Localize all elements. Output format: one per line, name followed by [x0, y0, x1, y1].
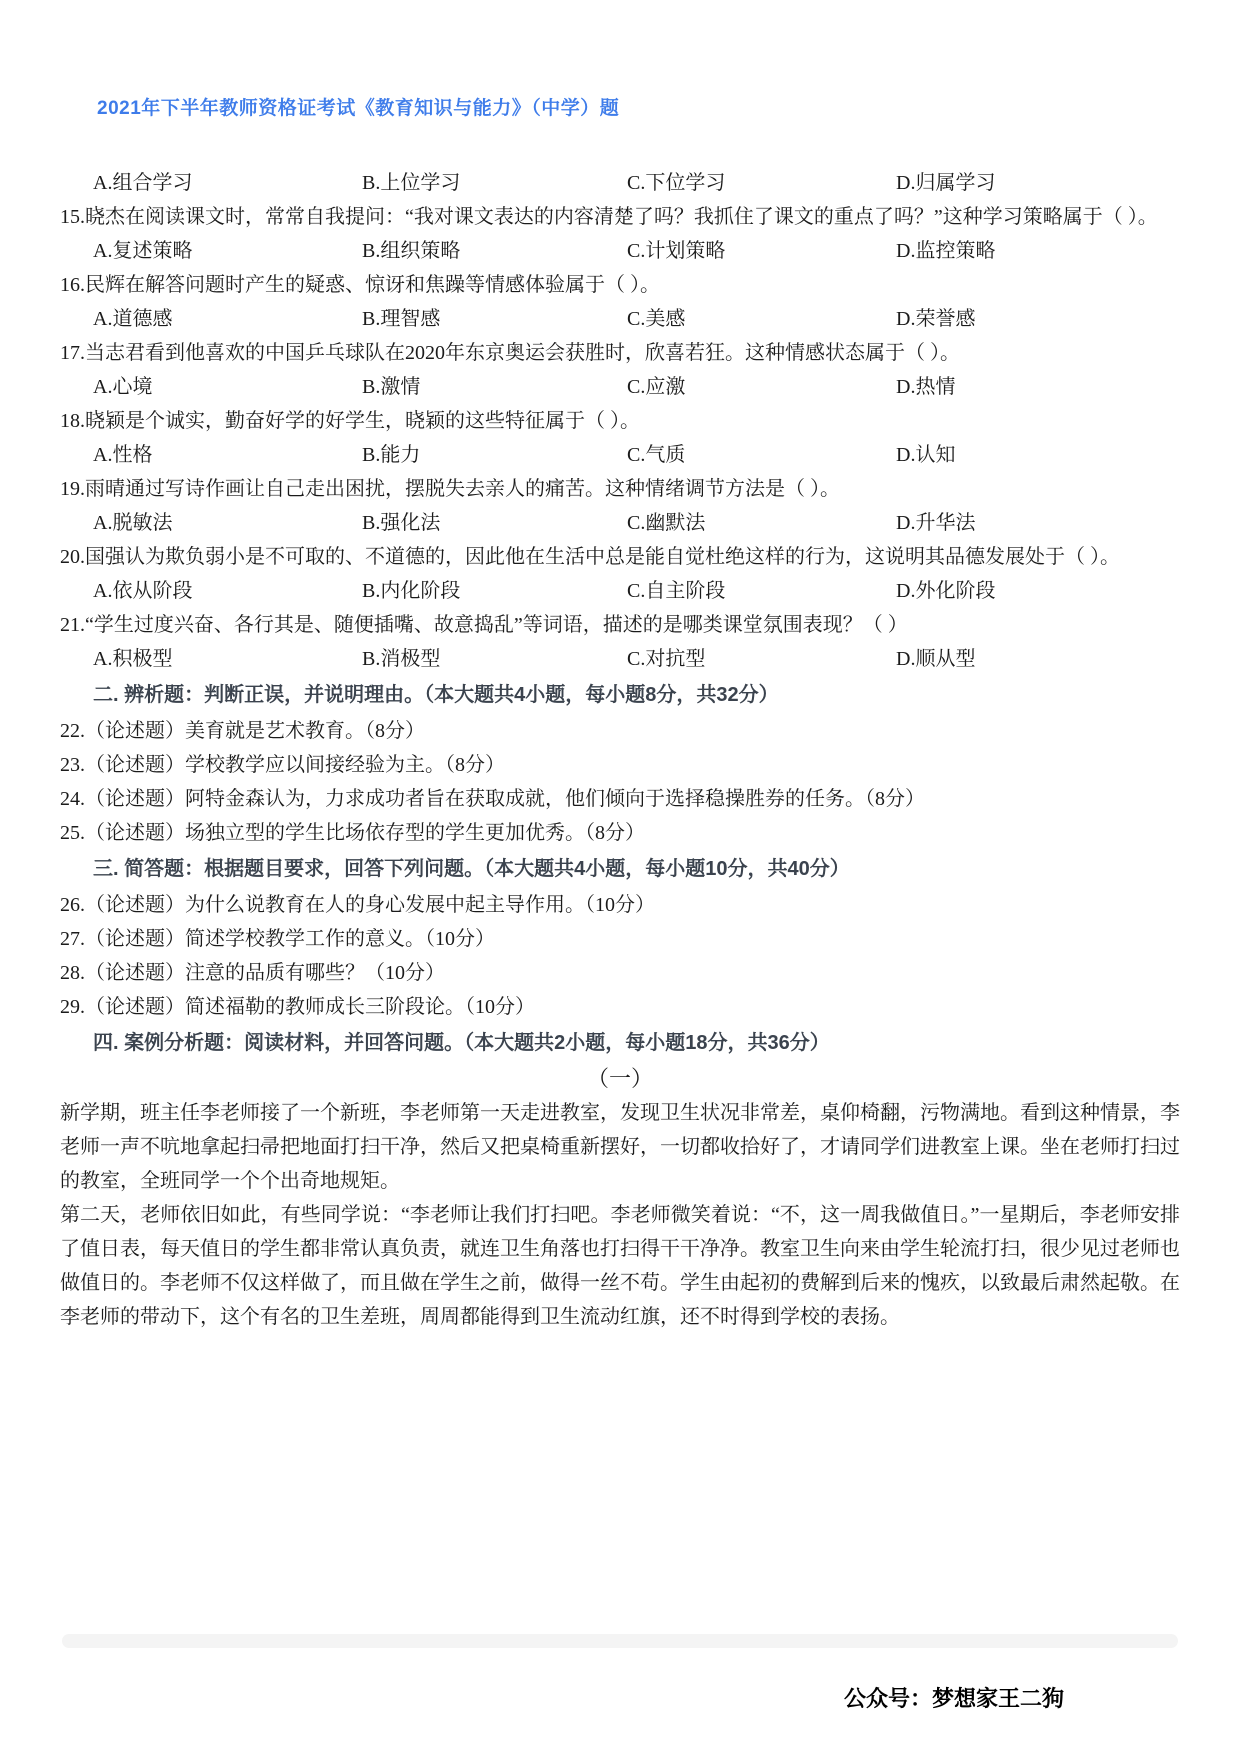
case-paragraph: 第二天，老师依旧如此，有些同学说：“李老师让我们打扫吧。李老师微笑着说：“不，这… [60, 1198, 1180, 1334]
question-number: 16. [60, 274, 85, 296]
option-item-a: A.性格 [93, 438, 362, 472]
option-item-b: B.激情 [362, 370, 627, 404]
option-item-c: C.美感 [627, 302, 896, 336]
exam-page: 2021年下半年教师资格证考试《教育知识与能力》（中学）题 A.组合学习B.上位… [0, 93, 1240, 1334]
question-text: 晓颖是个诚实，勤奋好学的好学生，晓颖的这些特征属于（ ）。 [85, 410, 640, 432]
question-number: 26. [60, 894, 85, 916]
option-item-c: C.幽默法 [627, 506, 896, 540]
question-24: 24.（论述题）阿特金森认为，力求成功者旨在获取成就，他们倾向于选择稳操胜券的任… [60, 782, 1180, 816]
question-18: 18.晓颖是个诚实，勤奋好学的好学生，晓颖的这些特征属于（ ）。 [60, 404, 1180, 438]
options-row: A.心境B.激情C.应激D.热情 [60, 370, 1180, 404]
options-row: A.复述策略B.组织策略C.计划策略D.监控策略 [60, 234, 1180, 268]
question-number: 23. [60, 754, 85, 776]
question-28: 28.（论述题）注意的品质有哪些？（10分） [60, 956, 1180, 990]
option-item-a: A.依从阶段 [93, 574, 362, 608]
option-item-c: C.应激 [627, 370, 896, 404]
option-item-a: A.道德感 [93, 302, 362, 336]
option-item-d: D.荣誉感 [896, 302, 1180, 336]
option-item-a: A.脱敏法 [93, 506, 362, 540]
question-number: 15. [60, 206, 85, 228]
option-item-c: C.对抗型 [627, 642, 896, 676]
question-20: 20.国强认为欺负弱小是不可取的、不道德的，因此他在生活中总是能自觉杜绝这样的行… [60, 540, 1180, 574]
footer-divider [62, 1634, 1178, 1648]
question-text: （论述题）场独立型的学生比场依存型的学生更加优秀。（8分） [85, 822, 645, 844]
options-row: A.脱敏法B.强化法C.幽默法D.升华法 [60, 506, 1180, 540]
question-number: 21. [60, 614, 85, 636]
option-item-c: C.气质 [627, 438, 896, 472]
question-22: 22.（论述题）美育就是艺术教育。（8分） [60, 714, 1180, 748]
section-heading: 三. 简答题：根据题目要求，回答下列问题。（本大题共4小题，每小题10分，共40… [60, 852, 1180, 886]
footer-brand: 公众号：梦想家王二狗 [844, 1682, 1064, 1713]
options-row: A.组合学习B.上位学习C.下位学习D.归属学习 [60, 166, 1180, 200]
options-row: A.性格B.能力C.气质D.认知 [60, 438, 1180, 472]
options-row: A.道德感B.理智感C.美感D.荣誉感 [60, 302, 1180, 336]
option-item-d: D.外化阶段 [896, 574, 1180, 608]
option-item-c: C.自主阶段 [627, 574, 896, 608]
question-number: 19. [60, 478, 85, 500]
question-text: 雨晴通过写诗作画让自己走出困扰，摆脱失去亲人的痛苦。这种情绪调节方法是（ ）。 [85, 478, 840, 500]
case-label: （一） [60, 1062, 1180, 1096]
question-number: 27. [60, 928, 85, 950]
question-27: 27.（论述题）简述学校教学工作的意义。（10分） [60, 922, 1180, 956]
options-row: A.依从阶段B.内化阶段C.自主阶段D.外化阶段 [60, 574, 1180, 608]
option-item-b: B.内化阶段 [362, 574, 627, 608]
question-text: “学生过度兴奋、各行其是、随便插嘴、故意捣乱”等词语，描述的是哪类课堂氛围表现？… [85, 614, 908, 636]
option-item-d: D.热情 [896, 370, 1180, 404]
question-text: 晓杰在阅读课文时，常常自我提问：“我对课文表达的内容清楚了吗？我抓住了课文的重点… [85, 206, 1158, 228]
question-number: 22. [60, 720, 85, 742]
question-26: 26.（论述题）为什么说教育在人的身心发展中起主导作用。（10分） [60, 888, 1180, 922]
question-16: 16.民辉在解答问题时产生的疑惑、惊讶和焦躁等情感体验属于（ ）。 [60, 268, 1180, 302]
question-text: （论述题）美育就是艺术教育。（8分） [85, 720, 425, 742]
question-number: 24. [60, 788, 85, 810]
question-number: 28. [60, 962, 85, 984]
question-19: 19.雨晴通过写诗作画让自己走出困扰，摆脱失去亲人的痛苦。这种情绪调节方法是（ … [60, 472, 1180, 506]
option-item-d: D.认知 [896, 438, 1180, 472]
option-item-b: B.强化法 [362, 506, 627, 540]
option-item-c: C.下位学习 [627, 166, 896, 200]
question-29: 29.（论述题）简述福勒的教师成长三阶段论。（10分） [60, 990, 1180, 1024]
question-number: 25. [60, 822, 85, 844]
question-number: 17. [60, 342, 85, 364]
question-text: （论述题）为什么说教育在人的身心发展中起主导作用。（10分） [85, 894, 655, 916]
question-17: 17.当志君看到他喜欢的中国乒乓球队在2020年东京奥运会获胜时，欣喜若狂。这种… [60, 336, 1180, 370]
question-25: 25.（论述题）场独立型的学生比场依存型的学生更加优秀。（8分） [60, 816, 1180, 850]
section-heading: 四. 案例分析题：阅读材料，并回答问题。（本大题共2小题，每小题18分，共36分… [60, 1026, 1180, 1060]
option-item-a: A.复述策略 [93, 234, 362, 268]
option-item-a: A.积极型 [93, 642, 362, 676]
section-heading: 二. 辨析题：判断正误，并说明理由。（本大题共4小题，每小题8分，共32分） [60, 678, 1180, 712]
question-text: 国强认为欺负弱小是不可取的、不道德的，因此他在生活中总是能自觉杜绝这样的行为，这… [85, 546, 1120, 568]
case-paragraph: 新学期，班主任李老师接了一个新班，李老师第一天走进教室，发现卫生状况非常差，桌仰… [60, 1096, 1180, 1198]
option-item-c: C.计划策略 [627, 234, 896, 268]
question-15: 15.晓杰在阅读课文时，常常自我提问：“我对课文表达的内容清楚了吗？我抓住了课文… [60, 200, 1180, 234]
option-item-b: B.理智感 [362, 302, 627, 336]
question-23: 23.（论述题）学校教学应以间接经验为主。（8分） [60, 748, 1180, 782]
page-title: 2021年下半年教师资格证考试《教育知识与能力》（中学）题 [97, 93, 1180, 120]
option-item-d: D.顺从型 [896, 642, 1180, 676]
question-text: 当志君看到他喜欢的中国乒乓球队在2020年东京奥运会获胜时，欣喜若狂。这种情感状… [85, 342, 960, 364]
option-item-b: B.上位学习 [362, 166, 627, 200]
question-text: （论述题）学校教学应以间接经验为主。（8分） [85, 754, 505, 776]
question-text: （论述题）注意的品质有哪些？（10分） [85, 962, 445, 984]
option-item-d: D.升华法 [896, 506, 1180, 540]
options-row: A.积极型B.消极型C.对抗型D.顺从型 [60, 642, 1180, 676]
option-item-a: A.心境 [93, 370, 362, 404]
question-text: （论述题）简述福勒的教师成长三阶段论。（10分） [85, 996, 535, 1018]
question-number: 18. [60, 410, 85, 432]
question-number: 29. [60, 996, 85, 1018]
question-number: 20. [60, 546, 85, 568]
option-item-b: B.消极型 [362, 642, 627, 676]
exam-body: A.组合学习B.上位学习C.下位学习D.归属学习15.晓杰在阅读课文时，常常自我… [60, 166, 1180, 1334]
question-text: （论述题）简述学校教学工作的意义。（10分） [85, 928, 495, 950]
option-item-d: D.监控策略 [896, 234, 1180, 268]
option-item-b: B.能力 [362, 438, 627, 472]
question-text: 民辉在解答问题时产生的疑惑、惊讶和焦躁等情感体验属于（ ）。 [85, 274, 660, 296]
question-21: 21.“学生过度兴奋、各行其是、随便插嘴、故意捣乱”等词语，描述的是哪类课堂氛围… [60, 608, 1180, 642]
option-item-d: D.归属学习 [896, 166, 1180, 200]
question-text: （论述题）阿特金森认为，力求成功者旨在获取成就，他们倾向于选择稳操胜券的任务。（… [85, 788, 925, 810]
option-item-a: A.组合学习 [93, 166, 362, 200]
option-item-b: B.组织策略 [362, 234, 627, 268]
